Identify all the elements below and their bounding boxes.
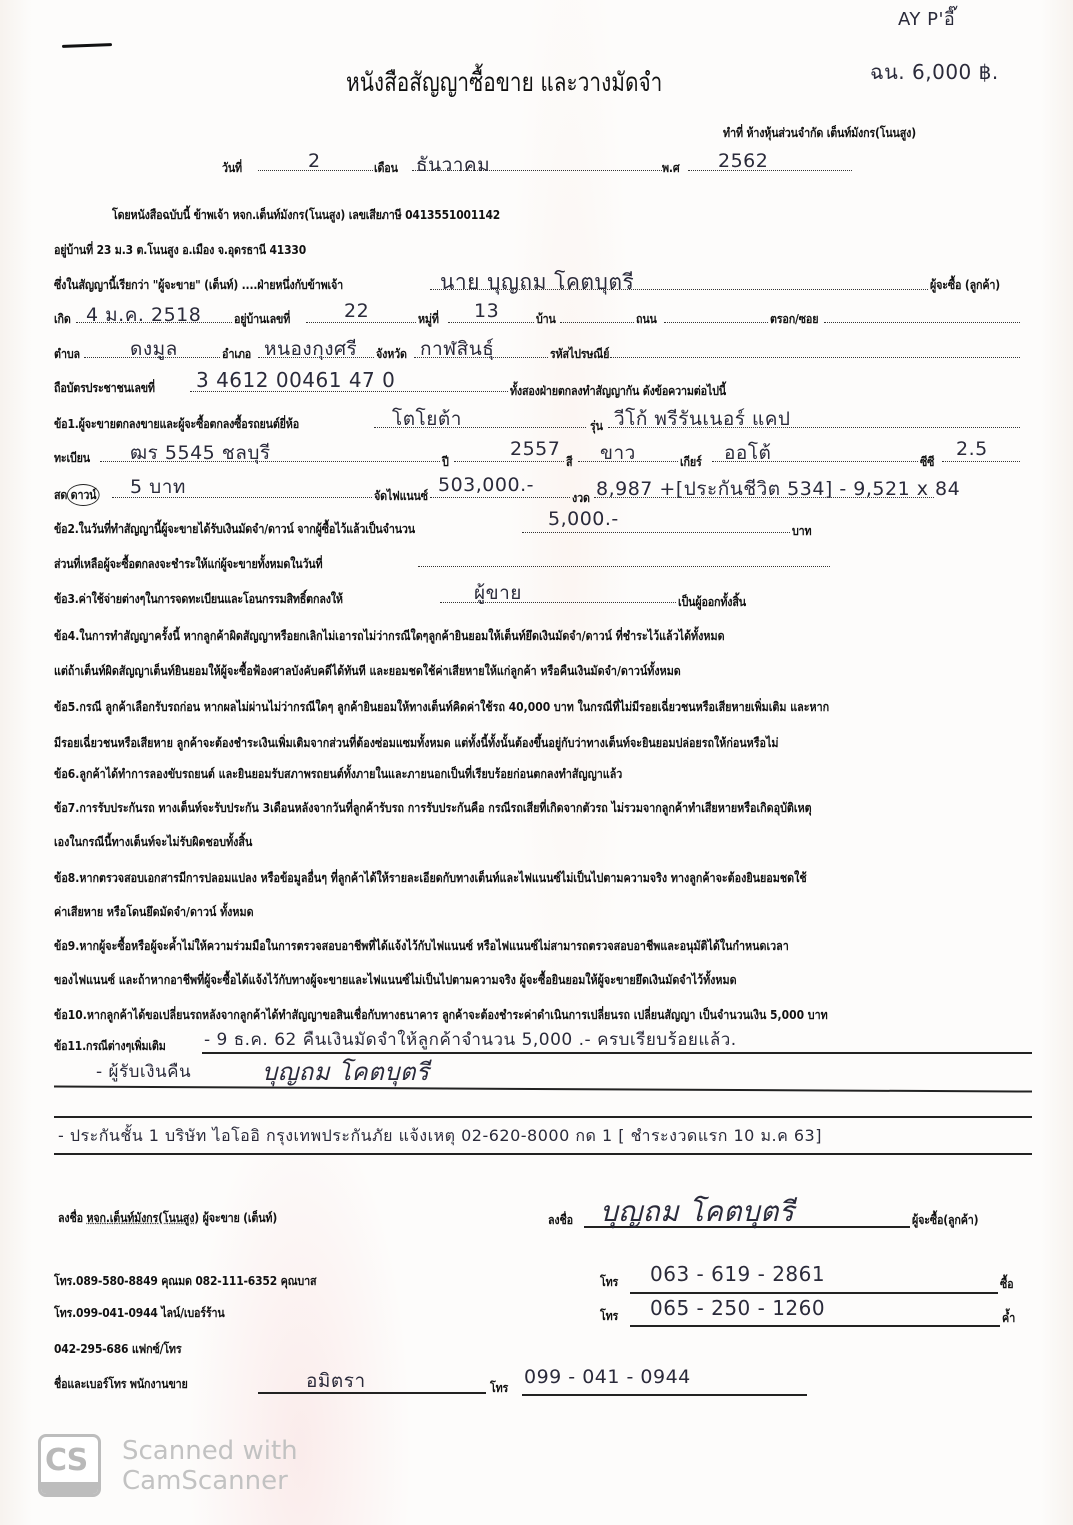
id-value: 3 4612 00461 47 0: [196, 368, 395, 392]
buyer-sign-label: ลงชื่อ: [548, 1210, 573, 1230]
clause11-rule4: [54, 1153, 1032, 1155]
salesperson-phone-label: โทร: [490, 1378, 508, 1398]
paper-background: [0, 0, 1073, 1525]
deposit-unit: บาท: [792, 521, 811, 541]
deposit-amount: 5,000.-: [548, 508, 619, 530]
model-value: วีโก้ พรีรันเนอร์ แคป: [614, 404, 791, 434]
salesperson-phone: 099 - 041 - 0944: [524, 1366, 691, 1388]
pen-mark: [62, 43, 112, 48]
road-label: ถนน: [636, 309, 657, 329]
clause11-line3: - ประกันชั้น 1 บริษัท ไอโออิ กรุงเทพประก…: [58, 1124, 822, 1149]
plate-value: ฒร 5545 ชลบุรี: [130, 438, 271, 468]
date-year-label: พ.ศ: [662, 158, 679, 178]
clause6: ข้อ6.ลูกค้าได้ทำการลองขับรถยนต์ และยินยอ…: [54, 764, 622, 784]
seller-line: โทร.099-041-0944 ไลน์/เบอร์ร้าน: [54, 1303, 225, 1323]
brand-value: โตโยต้า: [392, 404, 462, 434]
district-label: อำเภอ: [222, 344, 251, 364]
intro-line: โดยหนังสือฉบับนี้ ข้าพเจ้า หจก.เต็นท์มัง…: [112, 205, 500, 225]
subdistrict-label: ตำบล: [54, 344, 80, 364]
date-month-value: ธันวาคม: [416, 150, 490, 180]
installment-label: งวด: [572, 488, 590, 508]
clause9-line1: ข้อ9.หากผู้จะซื้อหรือผู้จะค้ำไม่ให้ความร…: [54, 936, 789, 956]
house-no-field: [306, 322, 416, 323]
date-day-value: 2: [308, 150, 321, 172]
buyer-phone-line: [630, 1292, 998, 1294]
born-label: เกิด: [54, 309, 71, 329]
vehicle-color-value: ขาว: [600, 438, 636, 468]
district-value: หนองกุงศรี: [264, 334, 357, 364]
moo-value: 13: [474, 300, 499, 322]
seller-sign-role: ผู้จะขาย (เต็นท์): [203, 1210, 277, 1225]
clause11-label: ข้อ11.กรณีต่างๆเพิ่มเติม: [54, 1036, 166, 1056]
clause4-line1: ข้อ4.ในการทำสัญญาครั้งนี้ หากลูกค้าผิดสั…: [54, 626, 725, 646]
seller-signature: ลงชื่อ หจก.เต็นท์มังกร(โนนสูง) ผู้จะขาย …: [58, 1208, 277, 1228]
buyer-phone-label: โทร: [600, 1272, 618, 1292]
road-field: [664, 322, 768, 323]
seller-sign-label: ลงชื่อ: [58, 1210, 83, 1225]
buyer-phone: 063 - 619 - 2861: [650, 1262, 825, 1286]
buyer-name-suffix: ผู้จะซื้อ (ลูกค้า): [930, 275, 1000, 295]
village-field: [560, 322, 634, 323]
vehicle-color-label: สี: [566, 452, 572, 472]
vehicle-year-label: ปี: [442, 452, 449, 472]
moo-label: หมู่ที่: [418, 309, 439, 329]
guarantor-phone: 065 - 250 - 1260: [650, 1296, 825, 1320]
vehicle-year-value: 2557: [510, 438, 560, 460]
clause5-line2: มีรอยเฉี่ยวชนหรือเสียหาย ลูกค้าจะต้องชำร…: [54, 733, 778, 753]
camscanner-logo-icon: CS: [38, 1434, 101, 1497]
agree-text: ทั้งสองฝ่ายตกลงทำสัญญากัน ดังข้อความต่อไ…: [510, 381, 726, 401]
moo-field: [448, 322, 534, 323]
page-title: หนังสือสัญญาซื้อขาย และวางมัดจำ: [346, 62, 662, 103]
date-year-value: 2562: [718, 150, 768, 172]
buyer-name: นาย บุญถม โคตบุตรี: [440, 266, 634, 299]
cc-field: [942, 461, 1020, 462]
clause11-line2-label: - ผู้รับเงินคืน: [96, 1058, 191, 1085]
salesperson-name-line: [258, 1392, 486, 1394]
gear-value: ออโต้: [724, 438, 771, 468]
clause8-line2: ค่าเสียหาย หรือโดนยึดมัดจำ/ดาวน์ ทั้งหมด: [54, 902, 254, 922]
salesperson-name: อมิตรา: [306, 1366, 366, 1396]
finance-value: 503,000.-: [438, 474, 534, 496]
plate-label: ทะเบียน: [54, 448, 90, 468]
clause3-text: ข้อ3.ค่าใช้จ่ายต่างๆในการจดทะเบียนและโอน…: [54, 589, 343, 609]
buyer-intro-label: ซึ่งในสัญญานี้เรียกว่า "ผู้จะขาย" (เต็นท…: [54, 275, 343, 295]
finance-field: [430, 497, 570, 498]
model-label: รุ่น: [590, 416, 603, 436]
clause3-suffix: เป็นผู้ออกทั้งสิ้น: [678, 592, 746, 612]
clause4-line2: แต่ถ้าเต็นท์ผิดสัญญาเต็นท์ยินยอมให้ผู้จะ…: [54, 661, 681, 681]
clause11-line1: - 9 ธ.ค. 62 คืนเงินมัดจำให้ลูกค้าจำนวน 5…: [204, 1026, 737, 1053]
salesperson-label: ชื่อและเบอร์โทร พนักงานขาย: [54, 1374, 188, 1394]
clause7-line1: ข้อ7.การรับประกันรถ ทางเต็นท์จะรับประกัน…: [54, 798, 812, 818]
born-value: 4 ม.ค. 2518: [86, 300, 201, 330]
corner-note-line2: ฉน. 6,000 ฿.: [870, 56, 999, 88]
seller-address: อยู่บ้านที่ 23 ม.3 ต.โนนสูง อ.เมือง จ.อุ…: [54, 240, 306, 260]
down-value: 5 บาท: [130, 472, 186, 502]
date-day-label: วันที่: [222, 158, 242, 178]
house-no-value: 22: [344, 300, 369, 322]
province-value: กาฬสินธุ์: [420, 334, 494, 364]
remain-date-field: [418, 566, 830, 567]
made-at-value: ห้างหุ้นส่วนจำกัด เต็นท์มังกร(โนนสูง): [746, 125, 916, 140]
vehicle-year-field: [454, 461, 564, 462]
subdistrict-value: ดงมูล: [130, 334, 178, 364]
remain-text: ส่วนที่เหลือผู้จะซื้อตกลงจะชำระให้แก่ผู้…: [54, 554, 322, 574]
clause5-line1: ข้อ5.กรณี ลูกค้าเลือกรับรถก่อน หากผลไม่ผ…: [54, 697, 829, 717]
guarantor-phone-label: โทร: [600, 1306, 618, 1326]
village-label: บ้าน: [536, 309, 556, 329]
payment-type: สดดาวน์: [54, 484, 100, 506]
installment-value: 8,987 +[ประกันชีวิต 534] - 9,521 x 84: [596, 474, 960, 504]
lane-field: [824, 322, 1020, 323]
clause2-text: ข้อ2.ในวันที่ทำสัญญานี้ผู้จะขายได้รับเงิ…: [54, 519, 415, 539]
clause8-line1: ข้อ8.หากตรวจสอบเอกสารมีการปลอมแปลง หรือข…: [54, 868, 807, 888]
clause9-line2: ของไฟแนนซ์ และถ้าหากอาชีพที่ผู้จะซื้อได้…: [54, 970, 737, 990]
clause11-rule2: [54, 1085, 1032, 1092]
deposit-field: [522, 532, 790, 533]
lane-label: ตรอก/ซอย: [770, 309, 818, 329]
seller-fax: 042-295-686 แฟกซ์/โทร: [54, 1339, 181, 1359]
clause1-label: ข้อ1.ผู้จะขายตกลงขายและผู้จะซื้อตกลงซื้อ…: [54, 414, 299, 434]
clause10: ข้อ10.หากลูกค้าได้ขอเปลี่ยนรถหลังจากลูกค…: [54, 1005, 828, 1025]
down-label-circled: ดาวน์: [67, 484, 100, 506]
buyer-sign-role: ผู้จะซื้อ(ลูกค้า): [912, 1210, 978, 1230]
guarantor-phone-suffix: ค้ำ: [1002, 1308, 1015, 1328]
seller-sign-name: หจก.เต็นท์มังกร(โนนสูง): [86, 1210, 199, 1225]
date-month-label: เดือน: [374, 158, 398, 178]
id-label: ถือบัตรประชาชนเลขที่: [54, 378, 155, 398]
gear-label: เกียร์: [680, 452, 702, 472]
house-no-label: อยู่บ้านเลขที่: [234, 309, 290, 329]
cash-label: สด: [54, 487, 67, 502]
finance-label: จัดไฟแนนซ์: [374, 486, 428, 506]
date-year-field: [688, 170, 852, 171]
clause11-rule3: [54, 1116, 1032, 1118]
postcode-label: รหัสไปรษณีย์: [550, 344, 609, 364]
province-label: จังหวัด: [376, 344, 407, 364]
guarantor-phone-line: [630, 1325, 1000, 1327]
watermark-line2: CamScanner: [122, 1466, 298, 1496]
refund-recipient-signature: บุญถม โคตบุตรี: [262, 1052, 429, 1091]
made-at-label: ทำที่: [723, 125, 743, 140]
clause7-line2: เองในกรณีนี้ทางเต็นท์จะไม่รับผิดชอบทั้งส…: [54, 832, 252, 852]
camscanner-watermark: Scanned with CamScanner: [122, 1436, 298, 1496]
cc-value: 2.5: [956, 438, 988, 460]
buyer-signature: บุญถม โคตบุตรี: [600, 1190, 794, 1234]
buyer-phone-suffix: ซื้อ: [1000, 1274, 1013, 1294]
seller-phones: โทร.089-580-8849 คุณมด 082-111-6352 คุณบ…: [54, 1271, 316, 1291]
payer-value: ผู้ขาย: [474, 578, 522, 608]
corner-note-line1: AY P'อี๊: [898, 4, 955, 33]
made-at: ทำที่ ห้างหุ้นส่วนจำกัด เต็นท์มังกร(โนนส…: [723, 123, 916, 143]
cc-label: ซีซี: [920, 452, 934, 472]
salesperson-phone-line: [522, 1394, 807, 1396]
postcode-field: [610, 357, 1020, 358]
watermark-line1: Scanned with: [122, 1436, 298, 1466]
